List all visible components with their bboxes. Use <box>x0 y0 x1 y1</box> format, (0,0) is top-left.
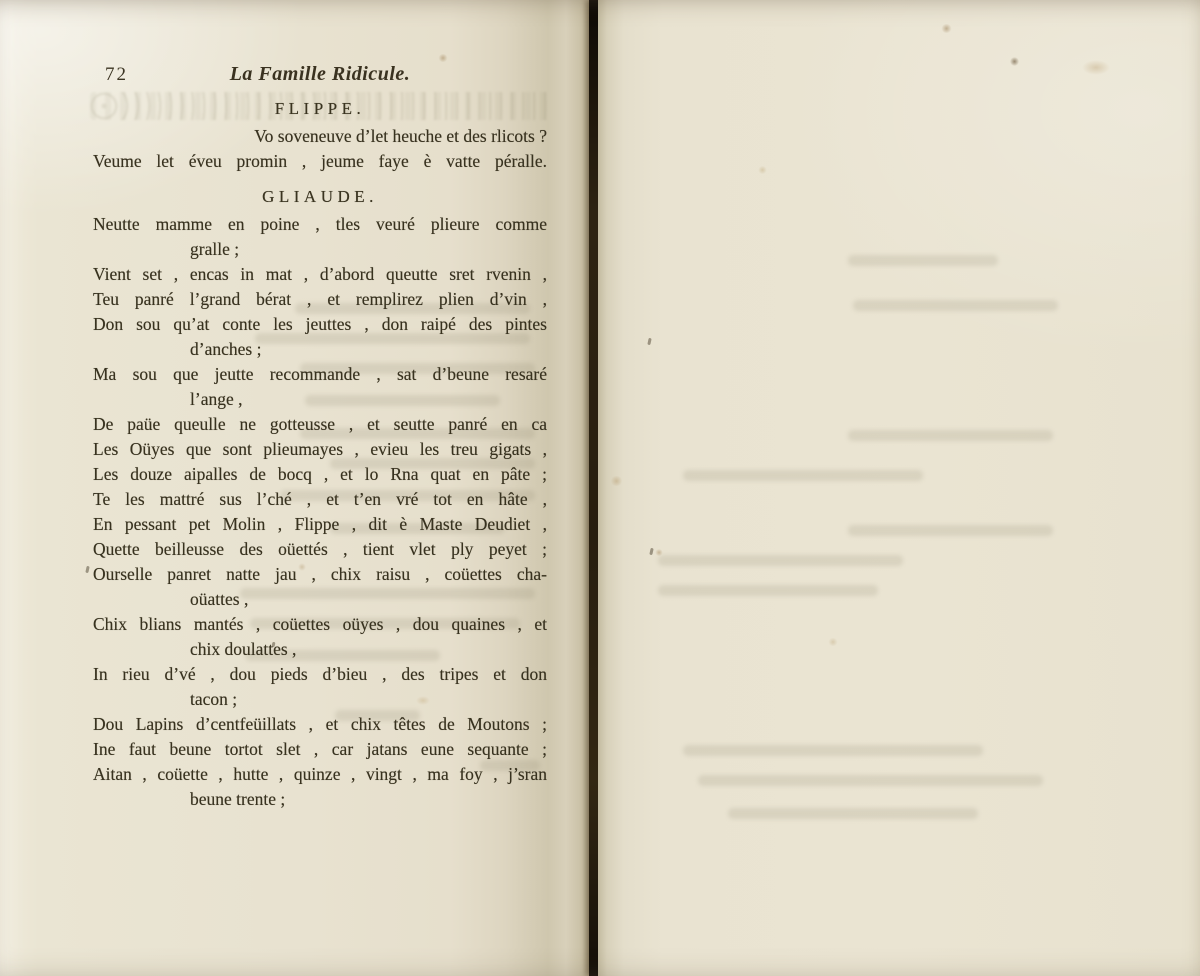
verse-line: l’ange , <box>93 387 547 412</box>
verse-line: In rieu d’vé , dou pieds d’bieu , des tr… <box>93 662 547 687</box>
verse-line: Les Oüyes que sont plieumayes , evieu le… <box>93 437 547 462</box>
verse-line: Don sou qu’at conte les jeuttes , don ra… <box>93 312 547 337</box>
show-through <box>853 300 1058 311</box>
verse-line: Aitan , coüette , hutte , quinze , vingt… <box>93 762 547 787</box>
left-page-text: FLIPPE.Vo soveneuve d’let heuche et des … <box>93 94 547 812</box>
verse-line: Chix blians mantés , coüettes oüyes , do… <box>93 612 547 637</box>
verse-line: Teu panré l’grand bérat , et remplirez p… <box>93 287 547 312</box>
show-through <box>728 808 978 819</box>
verse-line: Ine faut beune tortot slet , car jatans … <box>93 737 547 762</box>
show-through <box>848 430 1053 441</box>
speaker-heading: FLIPPE. <box>93 94 547 124</box>
verse-line: En pessant pet Molin , Flippe , dit è Ma… <box>93 512 547 537</box>
speaker-heading: GLIAUDE. <box>93 182 547 212</box>
verse-line: oüattes , <box>93 587 547 612</box>
verse-line: De paüe queulle ne gotteusse , et seutte… <box>93 412 547 437</box>
ink-speck <box>85 566 89 573</box>
verse-line: tacon ; <box>93 687 547 712</box>
verse-line: d’anches ; <box>93 337 547 362</box>
show-through <box>683 745 983 756</box>
verse-line: Ourselle panret natte jau , chix raisu ,… <box>93 562 547 587</box>
left-page-header: 72 La Famille Ridicule. <box>93 63 547 91</box>
verse-line: Dou Lapins d’centfeüillats , et chix têt… <box>93 712 547 737</box>
left-page: 72 La Famille Ridicule. FLIPPE.Vo sovene… <box>0 0 591 976</box>
ink-speck <box>647 338 651 345</box>
show-through <box>848 255 998 266</box>
show-through <box>658 555 903 566</box>
verse-line: Vient set , encas in mat , d’abord queut… <box>93 262 547 287</box>
show-through <box>683 470 923 481</box>
verse-line: Vo soveneuve d’let heuche et des rlicots… <box>93 124 547 149</box>
verse-line: Veume let éveu promin , jeume faye è vat… <box>93 149 547 174</box>
show-through <box>848 525 1053 536</box>
show-through <box>658 585 878 596</box>
ink-speck <box>649 548 653 555</box>
verse-line: Neutte mamme en poine , tles veuré plieu… <box>93 212 547 237</box>
verse-line: Te les mattré sus l’ché , et t’en vré to… <box>93 487 547 512</box>
verse-line: chix doulattes , <box>93 637 547 662</box>
running-title-left: La Famille Ridicule. <box>93 63 547 86</box>
verse-line: Ma sou que jeutte recommande , sat d’beu… <box>93 362 547 387</box>
verse-line: Les douze aipalles de bocq , et lo Rna q… <box>93 462 547 487</box>
show-through <box>698 775 1043 786</box>
verse-line: beune trente ; <box>93 787 547 812</box>
page-number-left: 72 <box>105 64 128 86</box>
book-spread: 72 La Famille Ridicule. FLIPPE.Vo sovene… <box>0 0 1200 976</box>
verse-line: Quette beilleusse des oüettés , tient vl… <box>93 537 547 562</box>
verse-line: gralle ; <box>93 237 547 262</box>
right-page: La Famille Ridicule. 73 Jairan soin dlet… <box>598 0 1200 976</box>
